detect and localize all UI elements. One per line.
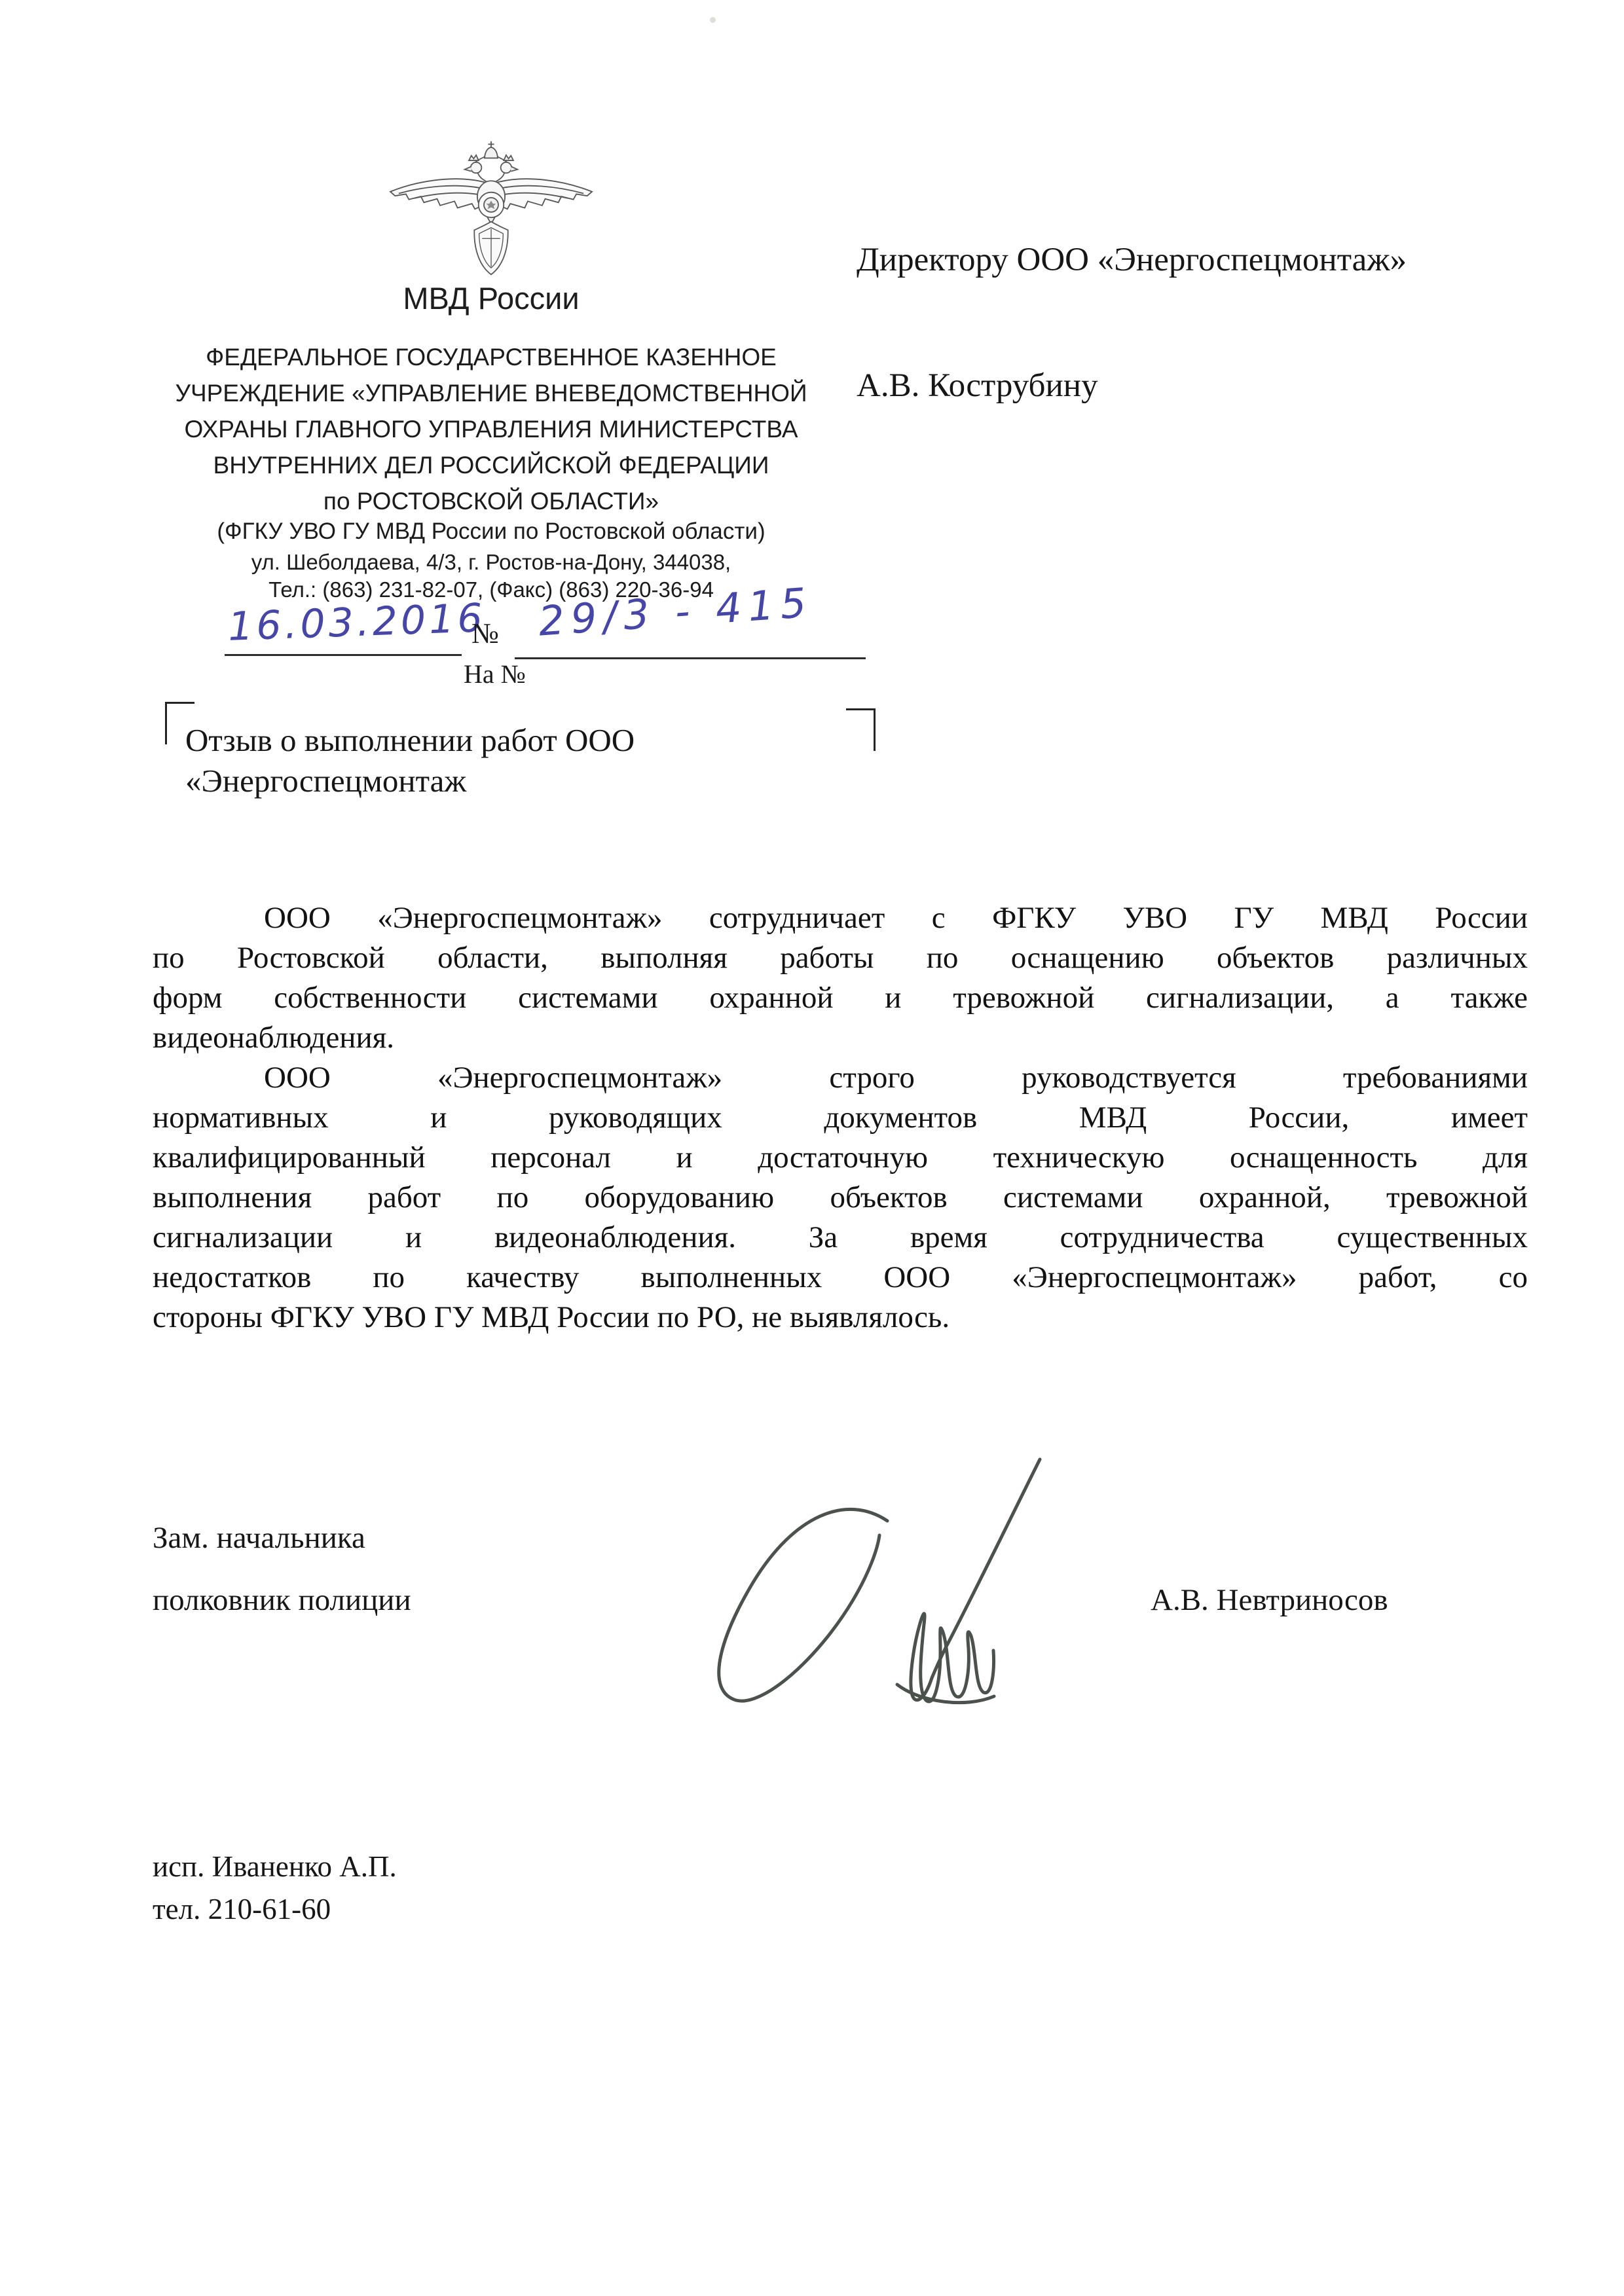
body-line: видеонаблюдения. [153, 1018, 1528, 1058]
body-line: ООО «Энергоспецмонтаж» строго руководств… [153, 1058, 1528, 1098]
subject-text-1: Отзыв о выполнении работ ООО [185, 720, 840, 761]
signer-position-line2: полковник полиции [153, 1582, 411, 1618]
handwritten-signature [681, 1444, 1074, 1725]
org-line: ФЕДЕРАЛЬНОЕ ГОСУДАРСТВЕННОЕ КАЗЕННОЕ [124, 339, 858, 375]
number-underline [515, 657, 866, 659]
body-line: ООО «Энергоспецмонтаж» сотрудничает с ФГ… [153, 898, 1528, 938]
date-underline [225, 654, 462, 656]
handwritten-date: 16.03.2016 [227, 595, 487, 650]
organization-address: ул. Шеболдаева, 4/3, г. Ростов-на-Дону, … [124, 550, 858, 575]
org-line: ОХРАНЫ ГЛАВНОГО УПРАВЛЕНИЯ МИНИСТЕРСТВА [124, 411, 858, 447]
org-line: по РОСТОВСКОЙ ОБЛАСТИ» [124, 483, 858, 519]
scanned-letter-page: МВД России ФЕДЕРАЛЬНОЕ ГОСУДАРСТВЕННОЕ К… [0, 0, 1624, 2296]
signer-position-line1: Зам. начальника [153, 1520, 365, 1556]
body-line: форм собственности системами охранной и … [153, 978, 1528, 1018]
letter-body: ООО «Энергоспецмонтаж» сотрудничает с ФГ… [153, 898, 1528, 1338]
executor-phone: тел. 210-61-60 [153, 1892, 331, 1926]
recipient-title: Директору ООО «Энергоспецмонтаж» [857, 241, 1407, 279]
org-line: ВНУТРЕННИХ ДЕЛ РОССИЙСКОЙ ФЕДЕРАЦИИ [124, 447, 858, 483]
body-line: сигнализации и видеонаблюдения. За время… [153, 1218, 1528, 1258]
number-sign-label: № [471, 617, 499, 650]
executor-name: исп. Иваненко А.П. [153, 1850, 397, 1884]
body-line: недостатков по качеству выполненных ООО … [153, 1258, 1528, 1298]
reply-to-number-label: На № [464, 659, 526, 689]
body-line: стороны ФГКУ УВО ГУ МВД России по РО, не… [153, 1298, 1528, 1338]
emblem-caption: МВД России [124, 280, 858, 316]
subject-line: Отзыв о выполнении работ ООО «Энергоспец… [185, 720, 840, 801]
org-line: УЧРЕЖДЕНИЕ «УПРАВЛЕНИЕ ВНЕВЕДОМСТВЕННОЙ [124, 375, 858, 411]
body-line: по Ростовской области, выполняя работы п… [153, 938, 1528, 978]
body-line: нормативных и руководящих документов МВД… [153, 1098, 1528, 1138]
body-line: выполнения работ по оборудованию объекто… [153, 1178, 1528, 1218]
corner-mark-right [846, 708, 876, 751]
signer-name: А.В. Невтриносов [1151, 1582, 1388, 1618]
organization-name: ФЕДЕРАЛЬНОЕ ГОСУДАРСТВЕННОЕ КАЗЕННОЕ УЧР… [124, 339, 858, 519]
subject-text-2: «Энергоспецмонтаж [185, 761, 840, 801]
body-line: квалифицированный персонал и достаточную… [153, 1138, 1528, 1178]
recipient-name: А.В. Кострубину [857, 367, 1098, 405]
organization-abbreviation: (ФГКУ УВО ГУ МВД России по Ростовской об… [124, 519, 858, 545]
scan-speck [710, 17, 716, 23]
mvd-emblem-icon [383, 139, 599, 277]
